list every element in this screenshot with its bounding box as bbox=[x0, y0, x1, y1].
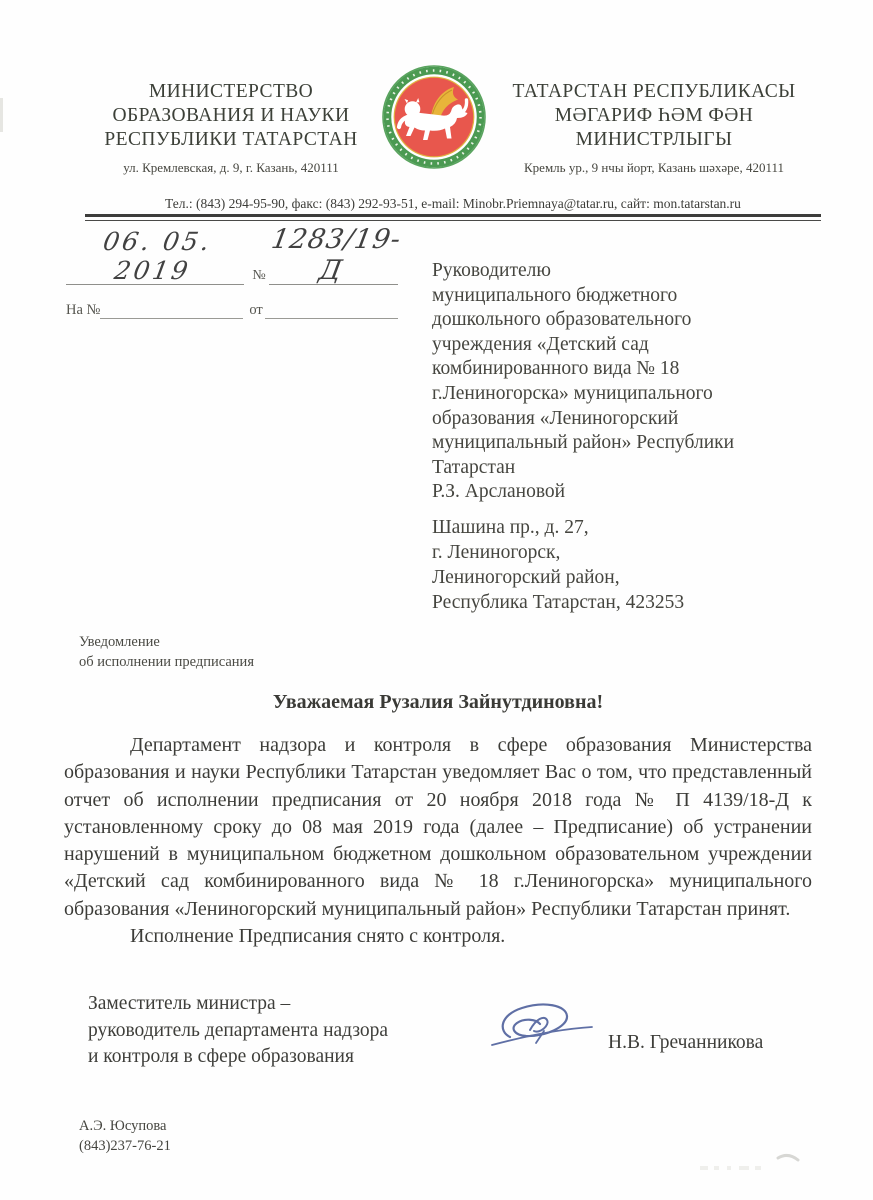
scanned-letter-page: МИНИСТЕРСТВО ОБРАЗОВАНИЯ И НАУКИ РЕСПУБЛ… bbox=[0, 0, 873, 1200]
signer-title-line: и контроля в сфере образования bbox=[88, 1044, 388, 1071]
reply-ot-label: от bbox=[243, 302, 264, 319]
executor-block: А.Э. Юсупова (843)237-76-21 bbox=[79, 1116, 171, 1156]
ministry-name-line: МИНИСТРЛЫГЫ bbox=[484, 128, 824, 152]
executor-phone: (843)237-76-21 bbox=[79, 1136, 171, 1156]
signer-title-line: Заместитель министра – bbox=[88, 991, 388, 1018]
body-paragraph-1: Департамент надзора и контроля в сфере о… bbox=[64, 732, 812, 923]
body-paragraph-2: Исполнение Предписания снято с контроля. bbox=[64, 923, 812, 950]
recipient-address-block: Шашина пр., д. 27, г. Лениногорск, Ленин… bbox=[432, 515, 777, 615]
subject-block: Уведомление об исполнении предписания bbox=[79, 632, 254, 672]
ministry-name-russian: МИНИСТЕРСТВО ОБРАЗОВАНИЯ И НАУКИ РЕСПУБЛ… bbox=[86, 80, 376, 152]
date-number-row: 06. 05. 2019 № 1283/19-Д bbox=[66, 224, 398, 285]
outgoing-date-field: 06. 05. 2019 bbox=[66, 227, 244, 285]
ministry-name-tatar: ТАТАРСТАН РЕСПУБЛИКАСЫ МӘГАРИФ ҺӘМ ФӘН М… bbox=[484, 80, 824, 152]
recipient-block: Руководителю муниципального бюджетного д… bbox=[432, 259, 777, 505]
handwritten-signature-icon bbox=[474, 997, 614, 1066]
ministry-name-line: ТАТАРСТАН РЕСПУБЛИКАСЫ bbox=[484, 80, 824, 104]
reply-na-label: На № bbox=[66, 302, 100, 319]
recipient-line: муниципального бюджетного bbox=[432, 284, 777, 309]
reply-date-blank bbox=[265, 302, 398, 319]
reply-number-blank bbox=[100, 302, 243, 319]
recipient-line: Руководителю bbox=[432, 259, 777, 284]
salutation: Уважаемая Рузалия Зайнутдиновна! bbox=[64, 691, 812, 714]
signer-title-block: Заместитель министра – руководитель депа… bbox=[88, 991, 388, 1071]
tatarstan-coat-of-arms-icon bbox=[381, 64, 487, 170]
executor-name: А.Э. Юсупова bbox=[79, 1116, 171, 1136]
recipient-line: дошкольного образовательного bbox=[432, 308, 777, 333]
reference-block: 06. 05. 2019 № 1283/19-Д На № от bbox=[66, 224, 398, 319]
ministry-name-line: МӘГАРИФ ҺӘМ ФӘН bbox=[484, 104, 824, 128]
handwritten-number: 1283/19-Д bbox=[263, 224, 403, 286]
recipient-line: образования «Лениногорский bbox=[432, 407, 777, 432]
recipient-address-line: г. Лениногорск, bbox=[432, 540, 777, 565]
ministry-name-line: ОБРАЗОВАНИЯ И НАУКИ bbox=[86, 104, 376, 128]
recipient-name: Р.З. Арслановой bbox=[432, 480, 777, 505]
recipient-line: муниципальный район» Республики bbox=[432, 431, 777, 456]
outgoing-number-field: 1283/19-Д bbox=[269, 224, 398, 285]
subject-line: Уведомление bbox=[79, 632, 254, 652]
handwritten-date: 06. 05. 2019 bbox=[61, 227, 250, 285]
letterhead-divider bbox=[85, 214, 821, 221]
recipient-line: учреждения «Детский сад bbox=[432, 333, 777, 358]
ministry-name-line: МИНИСТЕРСТВО bbox=[86, 80, 376, 104]
ministry-address-russian: ул. Кремлевская, д. 9, г. Казань, 420111 bbox=[66, 160, 396, 176]
signer-title-line: руководитель департамента надзора bbox=[88, 1018, 388, 1045]
letter-body: Департамент надзора и контроля в сфере о… bbox=[64, 732, 812, 950]
recipient-line: комбинированного вида № 18 bbox=[432, 357, 777, 382]
recipient-address-line: Республика Татарстан, 423253 bbox=[432, 590, 777, 615]
subject-line: об исполнении предписания bbox=[79, 652, 254, 672]
ministry-name-line: РЕСПУБЛИКИ ТАТАРСТАН bbox=[86, 128, 376, 152]
recipient-line: Татарстан bbox=[432, 456, 777, 481]
recipient-line: г.Лениногорска» муниципального bbox=[432, 382, 777, 407]
reply-reference-row: На № от bbox=[66, 302, 398, 319]
scan-artifact bbox=[0, 98, 3, 132]
contact-line: Тел.: (843) 294-95-90, факс: (843) 292-9… bbox=[85, 196, 821, 212]
signer-name: Н.В. Гречанникова bbox=[608, 1032, 763, 1054]
ministry-address-tatar: Кремль ур., 9 нчы йорт, Казань шәхәре, 4… bbox=[484, 160, 824, 176]
scan-artifact bbox=[690, 1152, 810, 1174]
recipient-address-line: Шашина пр., д. 27, bbox=[432, 515, 777, 540]
recipient-address-line: Лениногорский район, bbox=[432, 565, 777, 590]
